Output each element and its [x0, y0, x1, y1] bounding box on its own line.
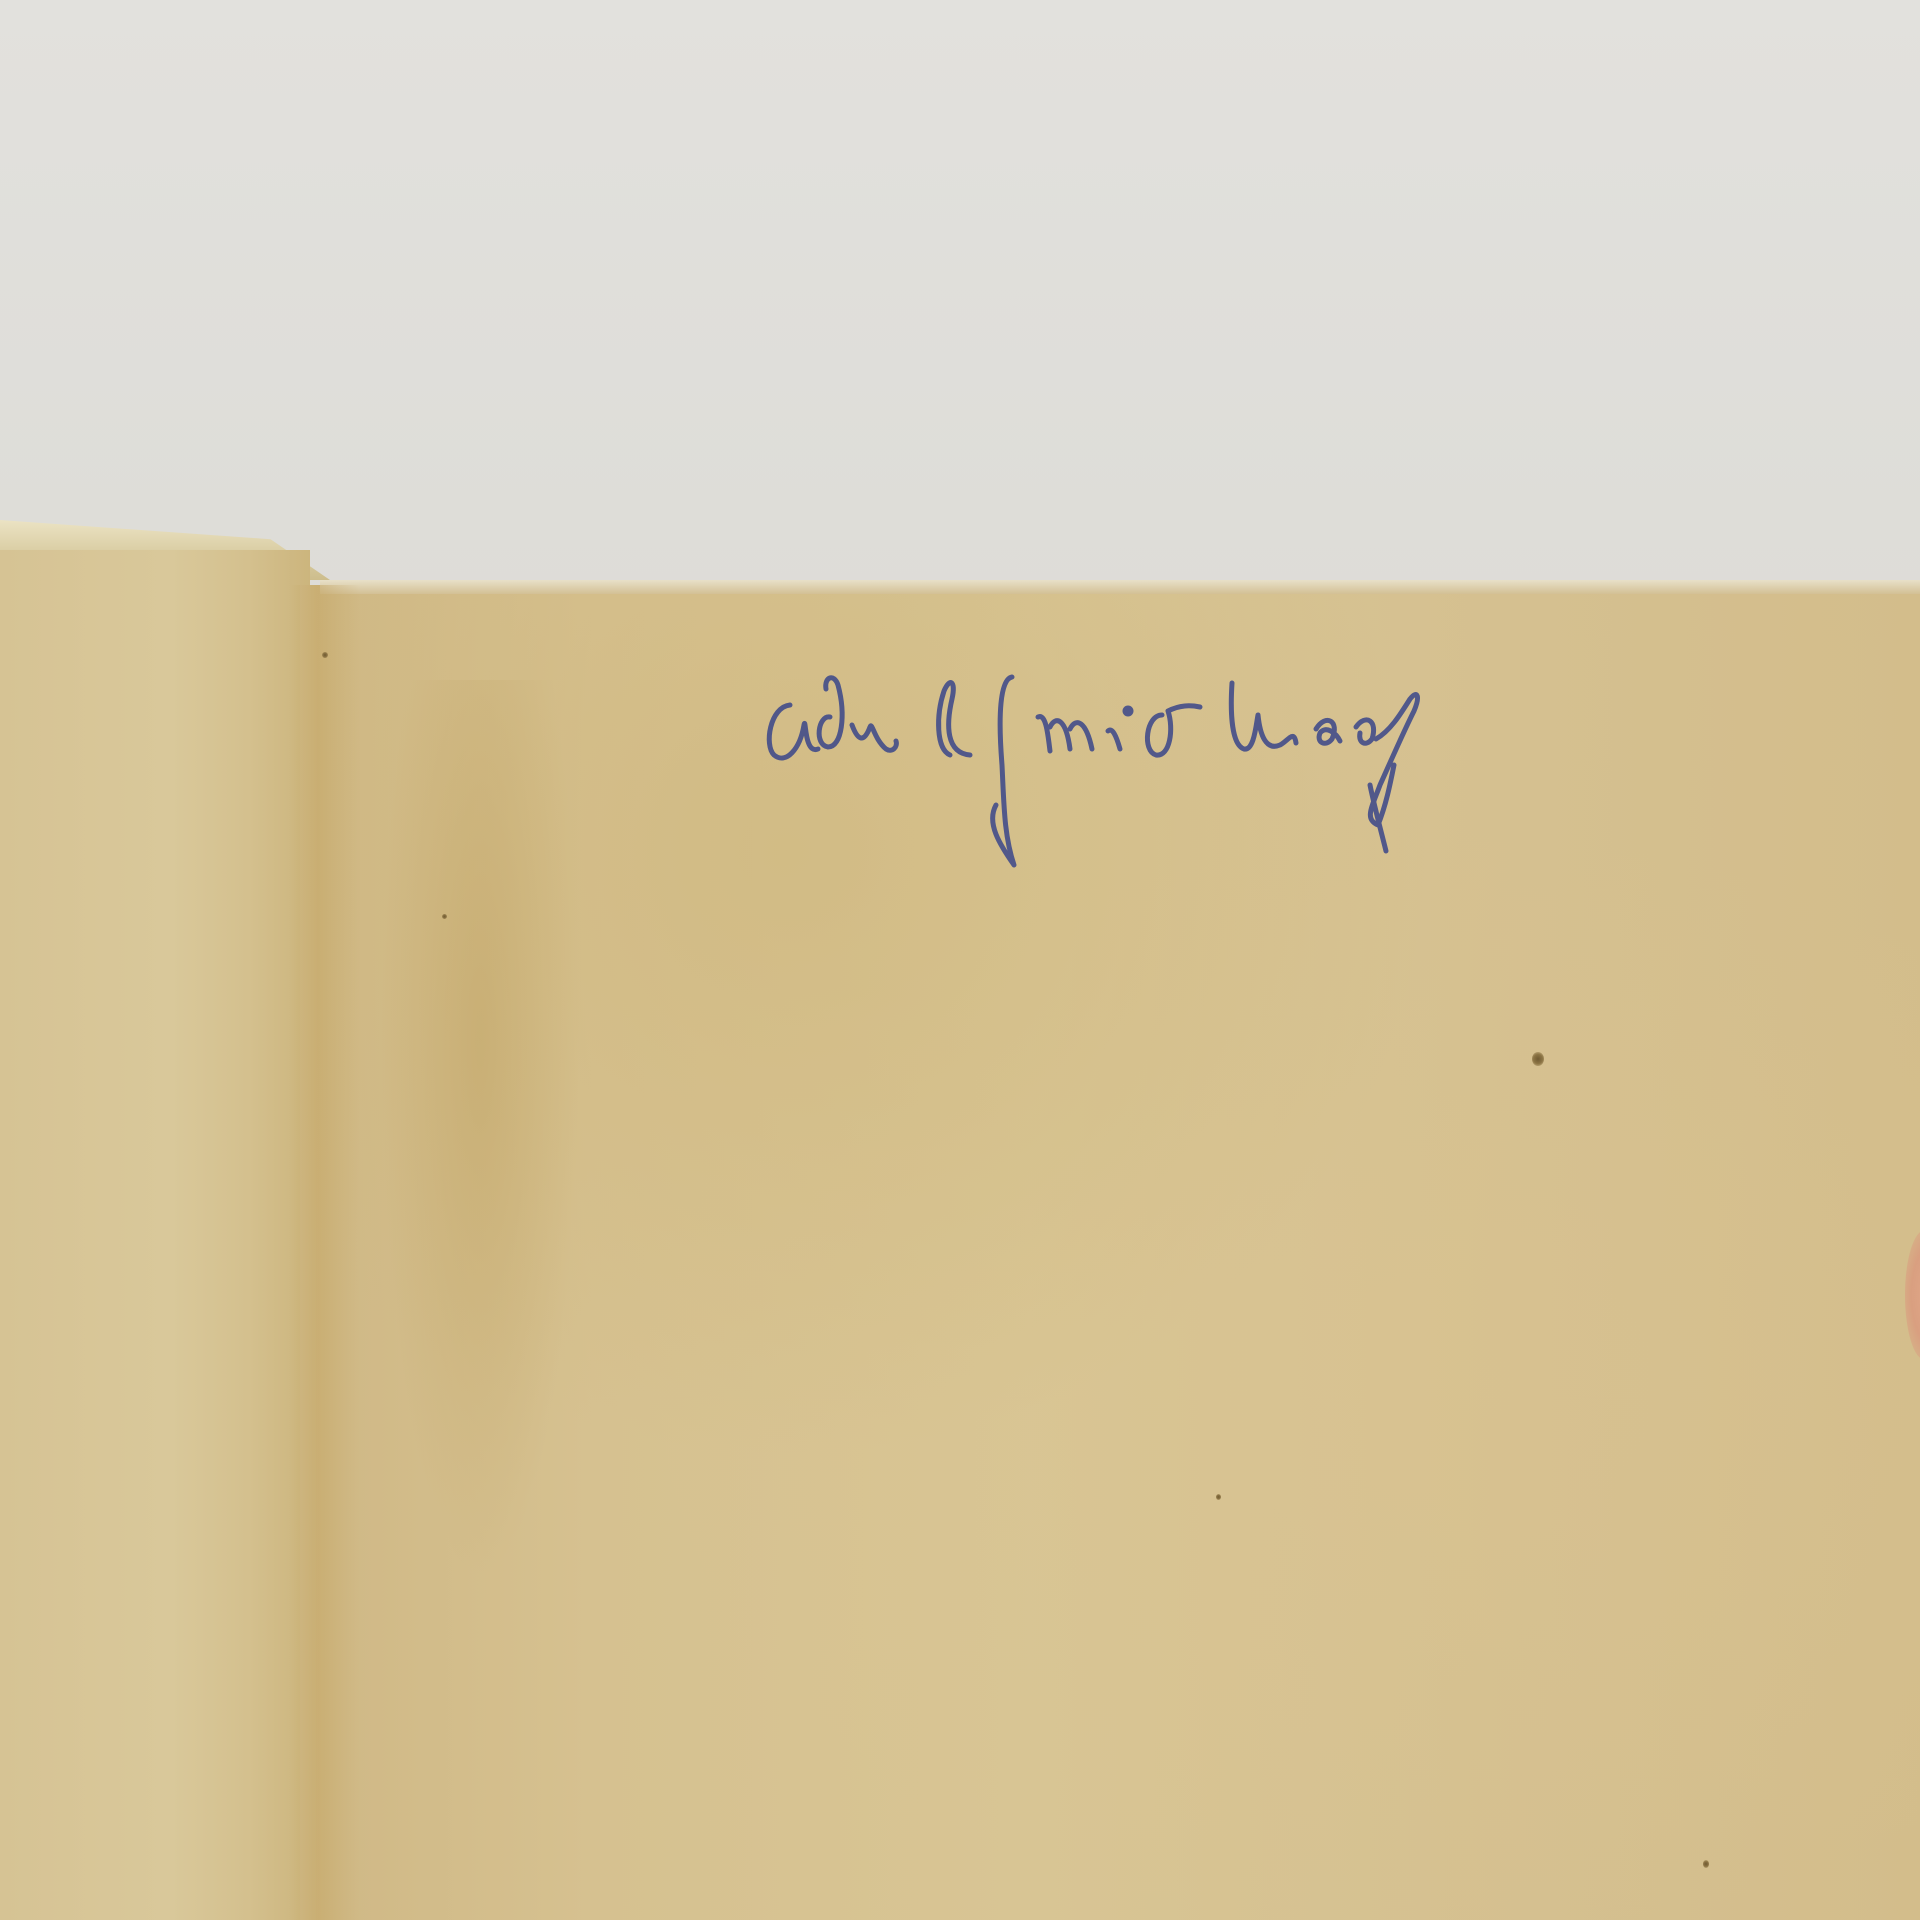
paper-fleck	[1703, 1860, 1709, 1868]
handwritten-inscription: Adel Schmid Weg	[760, 655, 1540, 885]
ink-spot	[1532, 1052, 1544, 1066]
paper-fleck	[442, 914, 447, 919]
paper-fleck	[322, 652, 328, 658]
signature-icon	[760, 655, 1540, 885]
gutter-crease	[290, 585, 360, 1920]
left-pastedown-page	[0, 550, 310, 1920]
book-photo: Adel Schmid Weg	[0, 0, 1920, 1920]
paper-fleck	[1216, 1494, 1221, 1500]
page-top-edge	[320, 580, 1920, 594]
foxing-stain	[380, 680, 580, 1580]
